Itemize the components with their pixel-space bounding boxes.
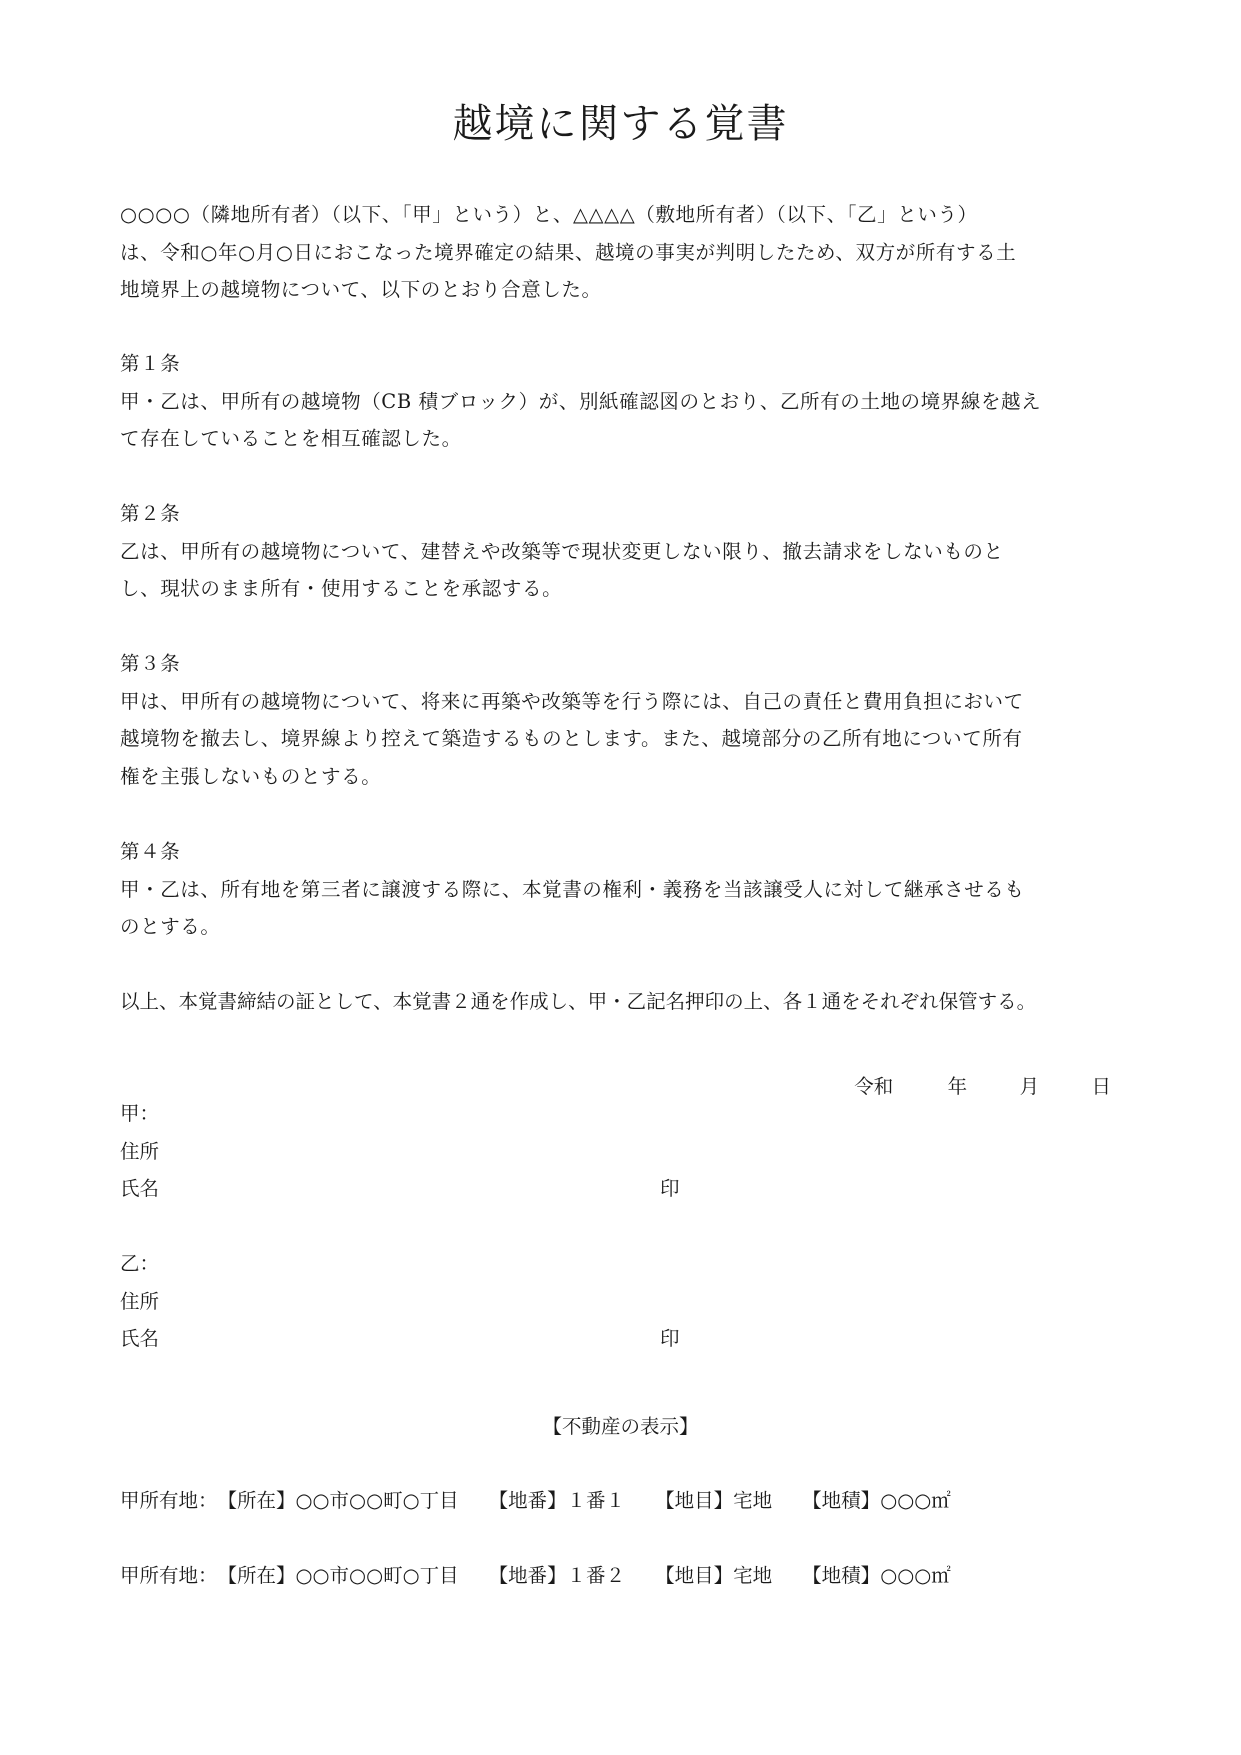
party-b-address-label: 住所 [120,1283,159,1321]
property-owner: 甲所有地： [120,1482,218,1520]
location-value: ○○市○○町○丁目 [296,1557,459,1595]
party-b-seal-mark: 印 [660,1320,680,1358]
article-heading: 第１条 [120,345,1130,383]
closing-statement: 以上、本覚書締結の証として、本覚書２通を作成し、甲・乙記名押印の上、各１通をそれ… [120,983,1130,1021]
party-a-address-label: 住所 [120,1133,159,1171]
article-1: 第１条 甲・乙は、甲所有の越境物（CB 積ブロック）が、別紙確認図のとおり、乙所… [120,345,1130,458]
article-line: て存在していることを相互確認した。 [120,420,1130,458]
article-line: 権を主張しないものとする。 [120,758,1130,796]
preamble: ○○○○（隣地所有者）（以下、「甲」という）と、△△△△（敷地所有者）（以下、「… [120,196,1130,309]
article-2: 第２条 乙は、甲所有の越境物について、建替えや改築等で現状変更しない限り、撤去請… [120,495,1130,608]
article-heading: 第３条 [120,645,1130,683]
lot-label: 【地番】 [489,1557,567,1595]
date-year: 年 [948,1068,968,1106]
area-label: 【地積】 [802,1557,880,1595]
date-era: 令和 [854,1068,893,1106]
closing-line: 以上、本覚書締結の証として、本覚書２通を作成し、甲・乙記名押印の上、各１通をそれ… [120,983,1130,1021]
property-section-heading: 【不動産の表示】 [0,1408,1241,1446]
document-page: 越境に関する覚書 ○○○○（隣地所有者）（以下、「甲」という）と、△△△△（敷地… [0,0,1241,1755]
party-b-name-label: 氏名 [120,1320,159,1358]
article-line: 乙は、甲所有の越境物について、建替えや改築等で現状変更しない限り、撤去請求をしな… [120,533,1130,571]
category-value: 宅地 [733,1482,772,1520]
location-value: ○○市○○町○丁目 [296,1482,459,1520]
article-heading: 第２条 [120,495,1130,533]
lot-label: 【地番】 [489,1482,567,1520]
category-label: 【地目】 [655,1482,733,1520]
category-label: 【地目】 [655,1557,733,1595]
document-title: 越境に関する覚書 [0,98,1241,150]
lot-value: １番２ [567,1557,626,1595]
date-month: 月 [1020,1068,1040,1106]
party-b-label: 乙： [120,1245,159,1283]
party-a-name-label: 氏名 [120,1170,159,1208]
article-line: 甲・乙は、所有地を第三者に譲渡する際に、本覚書の権利・義務を当該譲受人に対して継… [120,871,1130,909]
article-line: 越境物を撤去し、境界線より控えて築造するものとします。また、越境部分の乙所有地に… [120,720,1130,758]
property-row: 甲所有地：【所在】○○市○○町○丁目【地番】１番２【地目】宅地【地積】○○○㎡ [120,1557,951,1595]
location-label: 【所在】 [218,1557,296,1595]
party-a-label: 甲： [120,1095,159,1133]
area-value: ○○○㎡ [880,1557,951,1595]
article-3: 第３条 甲は、甲所有の越境物について、将来に再築や改築等を行う際には、自己の責任… [120,645,1130,795]
area-label: 【地積】 [802,1482,880,1520]
article-line: し、現状のまま所有・使用することを承認する。 [120,570,1130,608]
article-line: のとする。 [120,908,1130,946]
preamble-line: は、令和○年○月○日におこなった境界確定の結果、越境の事実が判明したため、双方が… [120,234,1130,272]
lot-value: １番１ [567,1482,626,1520]
location-label: 【所在】 [218,1482,296,1520]
property-row: 甲所有地：【所在】○○市○○町○丁目【地番】１番１【地目】宅地【地積】○○○㎡ [120,1482,951,1520]
property-owner: 甲所有地： [120,1557,218,1595]
article-line: 甲は、甲所有の越境物について、将来に再築や改築等を行う際には、自己の責任と費用負… [120,683,1130,721]
date-day: 日 [1091,1068,1111,1106]
area-value: ○○○㎡ [880,1482,951,1520]
preamble-line: ○○○○（隣地所有者）（以下、「甲」という）と、△△△△（敷地所有者）（以下、「… [120,196,1130,234]
article-line: 甲・乙は、甲所有の越境物（CB 積ブロック）が、別紙確認図のとおり、乙所有の土地… [120,383,1130,421]
party-a-seal-mark: 印 [660,1170,680,1208]
category-value: 宅地 [733,1557,772,1595]
article-heading: 第４条 [120,833,1130,871]
signing-date: 令和 年 月 日 [854,1068,1111,1106]
article-4: 第４条 甲・乙は、所有地を第三者に譲渡する際に、本覚書の権利・義務を当該譲受人に… [120,833,1130,946]
preamble-line: 地境界上の越境物について、以下のとおり合意した。 [120,271,1130,309]
